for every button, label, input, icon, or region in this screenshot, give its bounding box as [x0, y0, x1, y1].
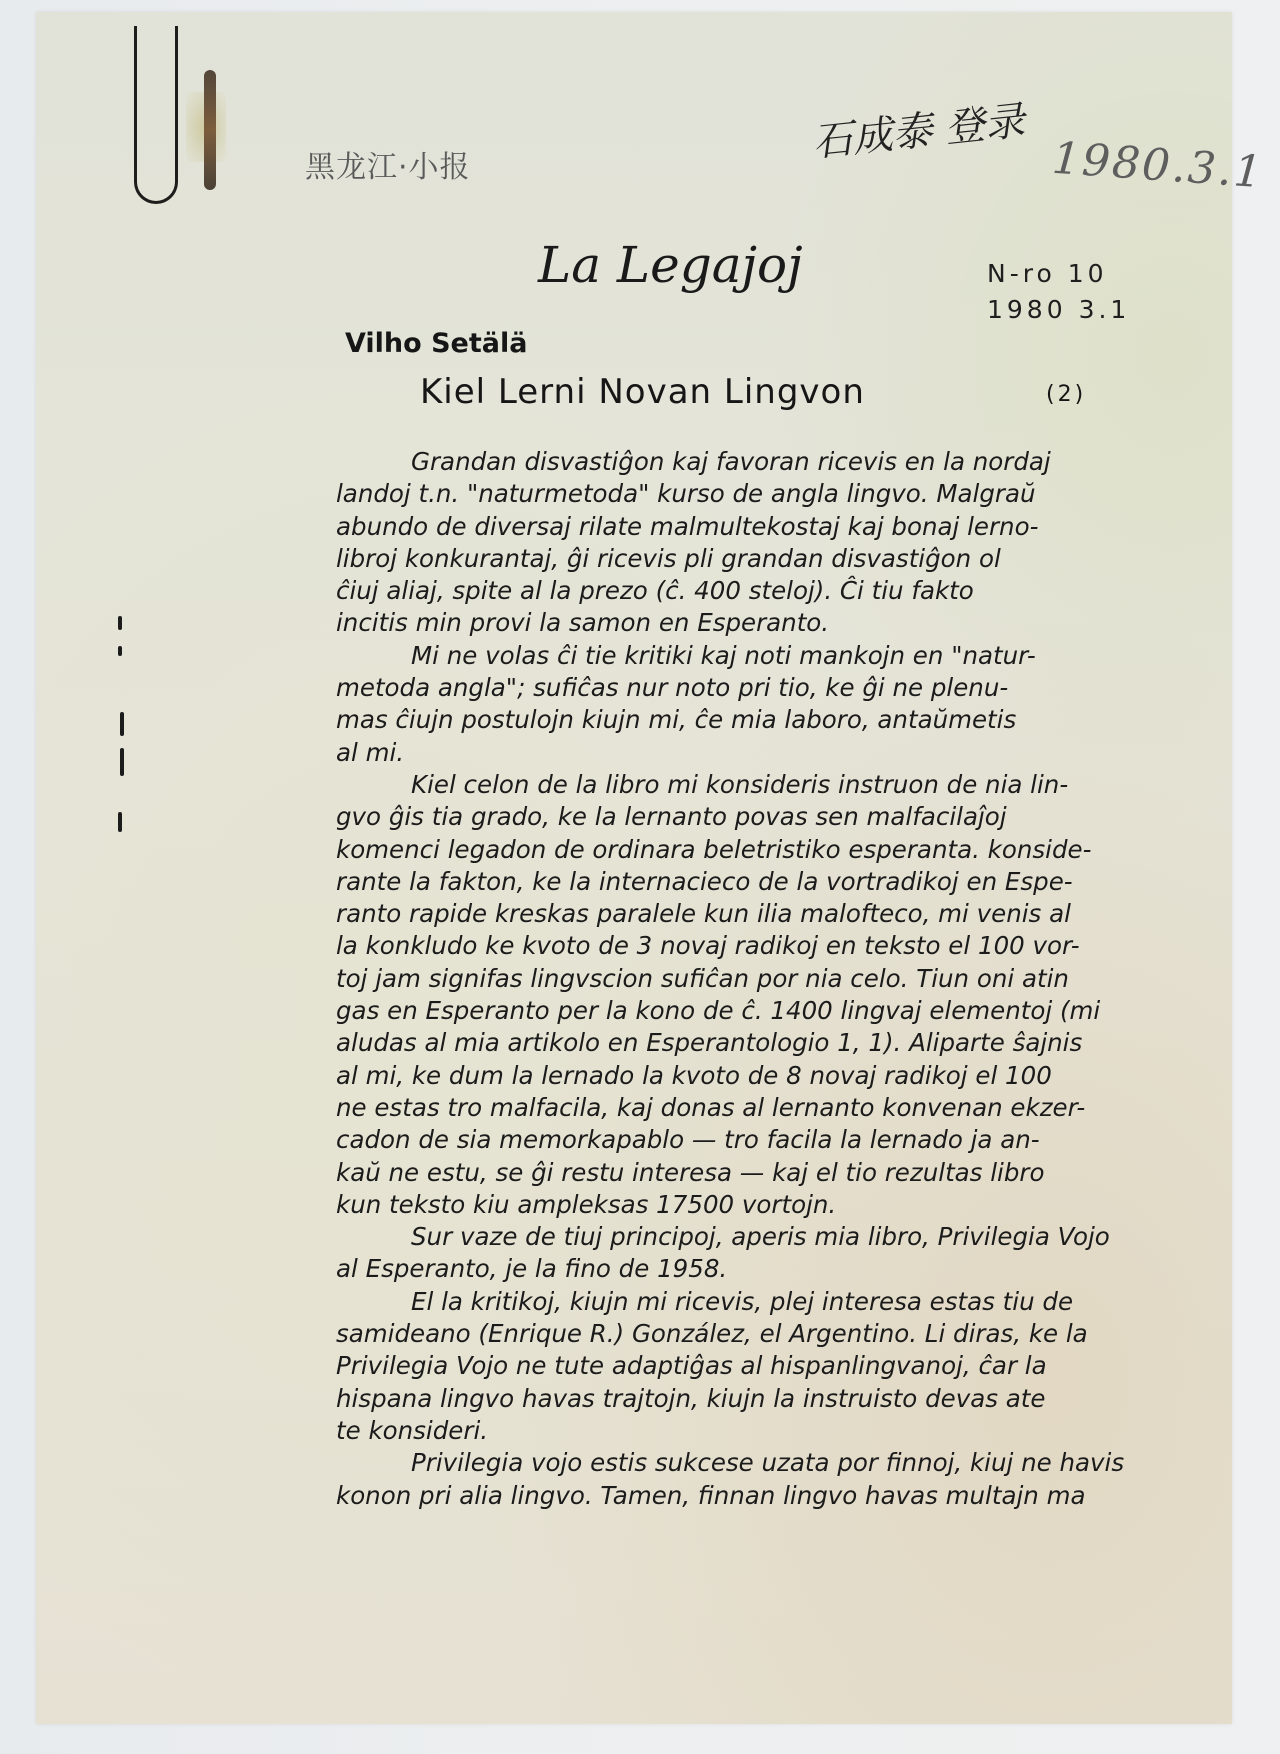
text-line: samideano (Enrique R.) González, el Arge…	[336, 1318, 1236, 1350]
article-part-number: (2)	[1046, 382, 1086, 407]
text-line: aludas al mia artikolo en Esperantologio…	[336, 1027, 1236, 1059]
text-line: Privilegia vojo estis sukcese uzata por …	[336, 1447, 1236, 1479]
text-line: la konkludo ke kvoto de 3 novaj radikoj …	[336, 930, 1236, 962]
text-line: abundo de diversaj rilate malmultekostaj…	[336, 511, 1236, 543]
text-line: Kiel celon de la libro mi konsideris ins…	[336, 769, 1236, 801]
issue-date: 1980 3.1	[987, 292, 1130, 328]
text-line: konon pri alia lingvo. Tamen, finnan lin…	[336, 1480, 1236, 1512]
text-line: El la kritikoj, kiujn mi ricevis, plej i…	[336, 1286, 1236, 1318]
text-line: gvo ĝis tia grado, ke la lernanto povas …	[336, 801, 1236, 833]
binding-mark	[118, 616, 122, 630]
newspaper-annotation: 黑龙江·小报	[305, 142, 471, 186]
text-line: hispana lingvo havas trajtojn, kiujn la …	[336, 1383, 1236, 1415]
binding-mark	[118, 646, 122, 656]
text-line: kaŭ ne estu, se ĝi restu interesa — kaj …	[336, 1157, 1236, 1189]
text-line: Privilegia Vojo ne tute adaptiĝas al his…	[336, 1350, 1236, 1382]
text-line: te konsideri.	[336, 1415, 1236, 1447]
issue-number: N-ro 10	[987, 256, 1130, 292]
author-name: Vilho Setälä	[345, 328, 527, 359]
text-line: gas en Esperanto per la kono de ĉ. 1400 …	[336, 995, 1236, 1027]
article-body: Grandan disvastiĝon kaj favoran ricevis …	[336, 446, 1236, 1512]
text-line: incitis min provi la samon en Esperanto.	[336, 607, 1236, 639]
text-line: Grandan disvastiĝon kaj favoran ricevis …	[336, 446, 1236, 478]
text-line: Sur vaze de tiuj principoj, aperis mia l…	[336, 1221, 1236, 1253]
text-line: komenci legadon de ordinara beletristiko…	[336, 834, 1236, 866]
masthead-title: La Legajoj	[538, 236, 803, 294]
binding-mark	[118, 812, 122, 832]
text-line: al mi.	[336, 737, 1236, 769]
binding-mark	[120, 748, 124, 776]
binding-mark	[120, 712, 124, 736]
text-line: Mi ne volas ĉi tie kritiki kaj noti mank…	[336, 640, 1236, 672]
text-line: landoj t.n. "naturmetoda" kurso de angla…	[336, 478, 1236, 510]
text-line: toj jam signifas lingvscion sufiĉan por …	[336, 963, 1236, 995]
paper-clip-icon	[134, 26, 178, 204]
text-line: ranto rapide kreskas paralele kun ilia m…	[336, 898, 1236, 930]
issue-info: N-ro 10 1980 3.1	[987, 256, 1130, 328]
text-line: mas ĉiujn postulojn kiujn mi, ĉe mia lab…	[336, 704, 1236, 736]
text-line: al Esperanto, je la fino de 1958.	[336, 1253, 1236, 1285]
text-line: rante la fakton, ke la internacieco de l…	[336, 866, 1236, 898]
text-line: ne estas tro malfacila, kaj donas al ler…	[336, 1092, 1236, 1124]
text-line: cadon de sia memorkapablo — tro facila l…	[336, 1124, 1236, 1156]
text-line: metoda angla"; sufiĉas nur noto pri tio,…	[336, 672, 1236, 704]
article-title: Kiel Lerni Novan Lingvon	[420, 372, 865, 412]
text-line: al mi, ke dum la lernado la kvoto de 8 n…	[336, 1060, 1236, 1092]
text-line: ĉiuj aliaj, spite al la prezo (ĉ. 400 st…	[336, 575, 1236, 607]
rust-mark	[204, 70, 216, 190]
text-line: kun teksto kiu ampleksas 17500 vortojn.	[336, 1189, 1236, 1221]
text-line: libroj konkurantaj, ĝi ricevis pli grand…	[336, 543, 1236, 575]
